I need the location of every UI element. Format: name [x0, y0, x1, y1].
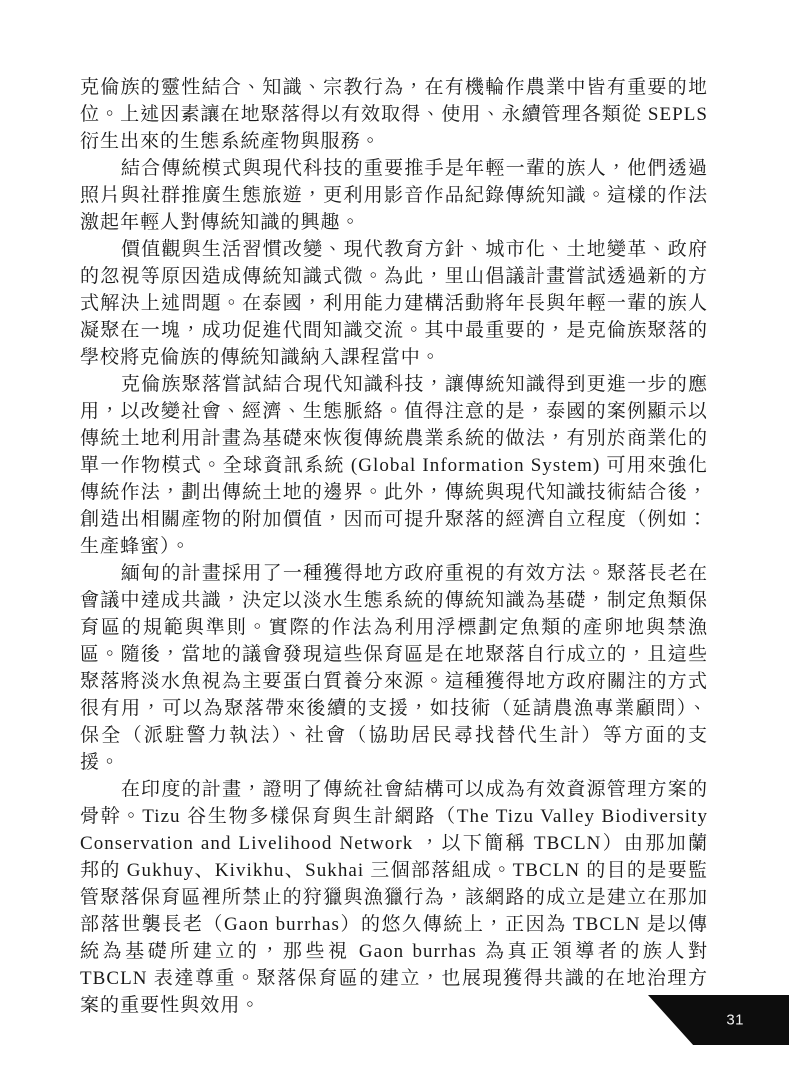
- paragraph: 克倫族聚落嘗試結合現代知識科技，讓傳統知識得到更進一步的應用，以改變社會、經濟、…: [80, 371, 708, 560]
- body-text: 克倫族的靈性結合、知識、宗教行為，在有機輪作農業中皆有重要的地位。上述因素讓在地…: [80, 74, 708, 1019]
- paragraph: 價值觀與生活習慣改變、現代教育方針、城市化、土地變革、政府的忽視等原因造成傳統知…: [80, 236, 708, 371]
- paragraph: 結合傳統模式與現代科技的重要推手是年輕一輩的族人，他們透過照片與社群推廣生態旅遊…: [80, 155, 708, 236]
- page-number-tab: 31: [648, 995, 789, 1045]
- paragraph: 緬甸的計畫採用了一種獲得地方政府重視的有效方法。聚落長老在會議中達成共識，決定以…: [80, 560, 708, 776]
- paragraph: 克倫族的靈性結合、知識、宗教行為，在有機輪作農業中皆有重要的地位。上述因素讓在地…: [80, 74, 708, 155]
- page-number: 31: [726, 1012, 744, 1029]
- document-page: 克倫族的靈性結合、知識、宗教行為，在有機輪作農業中皆有重要的地位。上述因素讓在地…: [0, 0, 789, 1080]
- paragraph: 在印度的計畫，證明了傳統社會結構可以成為有效資源管理方案的骨幹。Tizu 谷生物…: [80, 776, 708, 1019]
